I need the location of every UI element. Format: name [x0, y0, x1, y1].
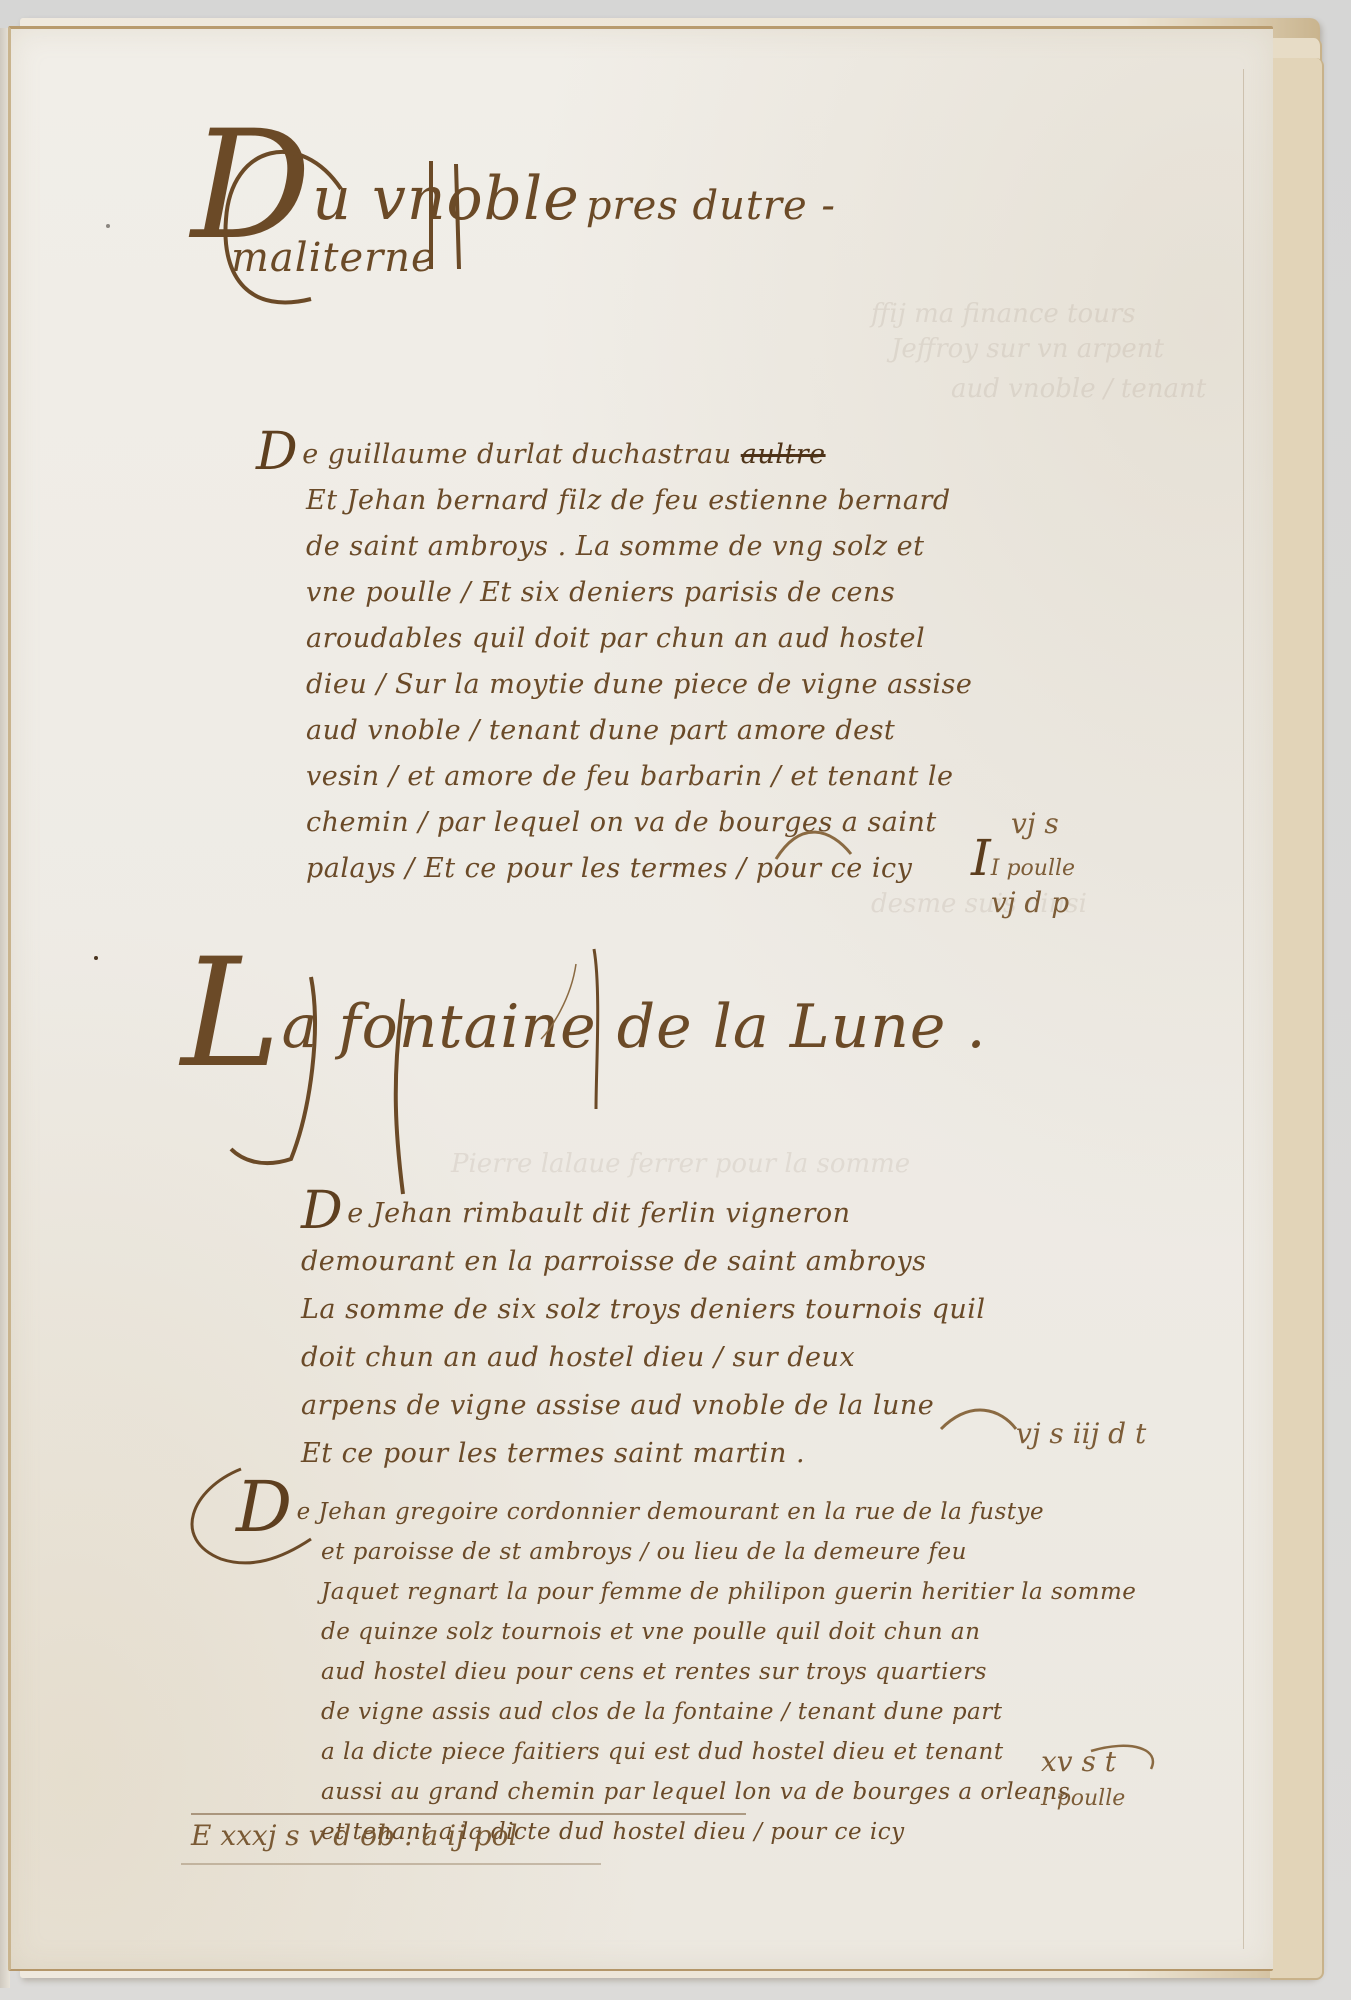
ink-dot — [106, 224, 110, 228]
entry-line: vesin / et amore de feu barbarin / et te… — [256, 754, 972, 800]
page-total: E xxxj s v d ob . a ij pol — [191, 1819, 517, 1852]
entry-initial: D — [256, 422, 298, 482]
margin-count: I — [971, 829, 991, 887]
entry-line: de quinze solz tournois et vne poulle qu… — [236, 1612, 1136, 1652]
margin-sum: xv s t I poulle — [1041, 1745, 1125, 1816]
entry-line: De Jehan gregoire cordonnier demourant e… — [236, 1487, 1136, 1532]
entry-line: et paroisse de st ambroys / ou lieu de l… — [236, 1532, 1136, 1572]
entry-line: vne poulle / Et six deniers parisis de c… — [256, 570, 972, 616]
entry-line: De Jehan rimbault dit ferlin vigneron — [301, 1187, 986, 1238]
ink-dot — [94, 956, 98, 960]
margin-amount: vj s iij d t — [1016, 1417, 1146, 1450]
entry-paragraph: De Jehan rimbault dit ferlin vigneron de… — [301, 1187, 986, 1478]
entry-line: aussi au grand chemin par lequel lon va … — [236, 1772, 1136, 1812]
entry-line: aud hostel dieu pour cens et rentes sur … — [236, 1652, 1136, 1692]
manuscript-page: ffij ma finance tours Jeffroy sur vn arp… — [8, 26, 1273, 1971]
scan-background: ffij ma finance tours Jeffroy sur vn arp… — [0, 0, 1351, 2000]
entry-line: arpens de vigne assise aud vnoble de la … — [301, 1382, 986, 1430]
heading-title: a fontaine de la Lune . — [282, 992, 987, 1062]
entry-line: chemin / par lequel on va de bourges a s… — [256, 800, 972, 846]
margin-sum: vj s II poulle vj d p — [971, 807, 1075, 920]
margin-sum: xv s t vj s iij d t — [1016, 1417, 1146, 1451]
page-edge-layer — [1270, 58, 1324, 1980]
page-crease — [1243, 69, 1244, 1949]
bleed-through-text: ffij ma finance tours — [871, 299, 1136, 329]
total-rule-top — [191, 1813, 746, 1815]
bleed-through-text: Pierre lalaue ferrer pour la somme — [451, 1149, 910, 1179]
entry-line: de vigne assis aud clos de la fontaine /… — [236, 1692, 1136, 1732]
entry-initial: D — [301, 1181, 343, 1241]
entry-initial: D — [236, 1466, 293, 1548]
entry-line: a la dicte piece faitiers qui est dud ho… — [236, 1732, 1136, 1772]
section-heading: La fontaine de la Lune . — [181, 939, 987, 1089]
margin-line: I poulle — [991, 856, 1075, 881]
bleed-through-text: Jeffroy sur vn arpent — [891, 334, 1164, 364]
margin-amount: xv s t — [1041, 1745, 1116, 1778]
entry-line: De guillaume durlat duchastrau aultre — [256, 429, 972, 478]
entry-line: aud vnoble / tenant dune part amore dest — [256, 708, 972, 754]
bleed-through-text: aud vnoble / tenant — [951, 374, 1206, 404]
entry-line: dieu / Sur la moytie dune piece de vigne… — [256, 662, 972, 708]
heading-initial: L — [181, 927, 282, 1101]
heading-tail: pres dutre - — [586, 183, 836, 229]
entry-line: La somme de six solz troys deniers tourn… — [301, 1286, 986, 1334]
entry-line: Et ce pour les termes saint martin . — [301, 1430, 986, 1478]
entry-line: aroudables quil doit par chun an aud hos… — [256, 616, 972, 662]
heading-subtitle: maliterne — [231, 235, 836, 281]
entry-paragraph: De guillaume durlat duchastrau aultre Et… — [256, 429, 972, 892]
entry-line: demourant en la parroisse de saint ambro… — [301, 1238, 986, 1286]
section-heading: Du vnoble pres dutre - maliterne — [191, 111, 836, 281]
total-rule-bottom — [181, 1863, 601, 1865]
entry-line: Jaquet regnart la pour femme de philipon… — [236, 1572, 1136, 1612]
margin-line: vj d p — [971, 886, 1069, 919]
entry-paragraph: De Jehan gregoire cordonnier demourant e… — [236, 1487, 1136, 1852]
entry-line: de saint ambroys . La somme de vng solz … — [256, 524, 972, 570]
struck-text: aultre — [741, 439, 826, 470]
entry-line: Et Jehan bernard filz de feu estienne be… — [256, 478, 972, 524]
entry-line: palays / Et ce pour les termes / pour ce… — [256, 846, 972, 892]
entry-line: doit chun an aud hostel dieu / sur deux — [301, 1334, 986, 1382]
margin-line: I poulle — [1041, 1786, 1125, 1811]
heading-title: u vnoble — [312, 164, 579, 234]
